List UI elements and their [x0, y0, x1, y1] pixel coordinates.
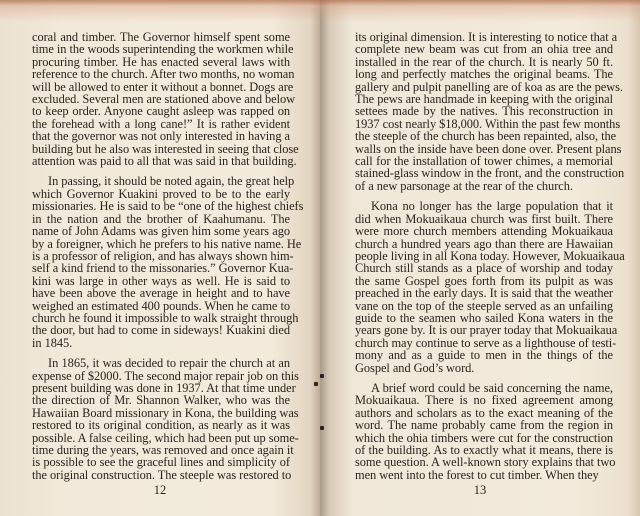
- binding-staple-mark: [314, 382, 318, 386]
- paragraph: Kona no longer has the large population …: [355, 200, 613, 374]
- text-line: long and perfectly matches the original …: [355, 68, 613, 80]
- text-line: men went into the forest to cut timber. …: [355, 469, 613, 481]
- text-line: missionaries. He is said to be “one of t…: [32, 200, 290, 212]
- text-line: Church still stands as a place of worshi…: [355, 262, 613, 274]
- left-page-text: coral and timber. The Governor himself s…: [32, 31, 290, 489]
- left-page: coral and timber. The Governor himself s…: [0, 0, 320, 516]
- right-page-text: its original dimension. It is interestin…: [355, 31, 613, 489]
- paragraph: A brief word could be said concerning th…: [355, 382, 613, 481]
- text-line: of a new parsonage at the rear of the ch…: [355, 180, 613, 192]
- text-line: in 1845.: [32, 337, 290, 349]
- binding-staple-mark: [320, 374, 324, 378]
- paragraph: coral and timber. The Governor himself s…: [32, 31, 290, 167]
- text-line: preached in the early days. It is said t…: [355, 287, 613, 299]
- text-line: reference to the church. After two month…: [32, 68, 290, 80]
- text-line: the steeple of the church has been repai…: [355, 130, 613, 142]
- text-line: is possible to see the graceful lines an…: [32, 456, 290, 468]
- text-line: mony and as a guide to men in the things…: [355, 349, 613, 361]
- page-top-stain: [0, 0, 320, 22]
- page-top-stain: [320, 0, 640, 22]
- page-number-left: 12: [140, 483, 180, 498]
- text-line: restored to its original condition, as n…: [32, 419, 290, 431]
- binding-staple-mark: [320, 426, 324, 430]
- text-line: settees made by the natives. This recons…: [355, 105, 613, 117]
- page-number-right: 13: [460, 483, 500, 498]
- text-line: name of John Adams was given him some ye…: [32, 225, 290, 237]
- text-line: the direction of Mr. Shannon Walker, who…: [32, 394, 290, 406]
- text-line: Kona no longer has the large population …: [355, 200, 613, 212]
- text-line: Mokuaikaua. There is no fixed agreement …: [355, 394, 613, 406]
- paragraph: In passing, it should be noted again, th…: [32, 175, 290, 349]
- text-line: In passing, it should be noted again, th…: [32, 175, 290, 187]
- open-booklet-spread: coral and timber. The Governor himself s…: [0, 0, 640, 516]
- text-line: In 1865, it was decided to repair the ch…: [32, 357, 290, 369]
- text-line: years gone by. It is our prayer today th…: [355, 324, 613, 336]
- text-line: some question. A well-known story explai…: [355, 456, 613, 468]
- right-page: its original dimension. It is interestin…: [320, 0, 640, 516]
- text-line: Gospel and God’s word.: [355, 362, 613, 374]
- text-line: word. The name probably came from the re…: [355, 419, 613, 431]
- text-line: the door, but had to come in sideways! K…: [32, 324, 290, 336]
- text-line: self a kind friend to the missonaries.” …: [32, 262, 290, 274]
- text-line: time in the woods superintending the wor…: [32, 43, 290, 55]
- text-line: complete new beam was cut from an ohia t…: [355, 43, 613, 55]
- text-line: to keep order. Anyone caught asleep was …: [32, 105, 290, 117]
- paragraph: its original dimension. It is interestin…: [355, 31, 613, 192]
- text-line: attention was paid to all that was said …: [32, 155, 290, 167]
- text-line: stained-glass window in the front, and t…: [355, 167, 613, 179]
- text-line: were more church members attending Mokua…: [355, 225, 613, 237]
- paragraph: In 1865, it was decided to repair the ch…: [32, 357, 290, 481]
- text-line: that the governor was not only intereste…: [32, 130, 290, 142]
- text-line: have been above the average in height an…: [32, 287, 290, 299]
- text-line: the original construction. The steeple w…: [32, 469, 290, 481]
